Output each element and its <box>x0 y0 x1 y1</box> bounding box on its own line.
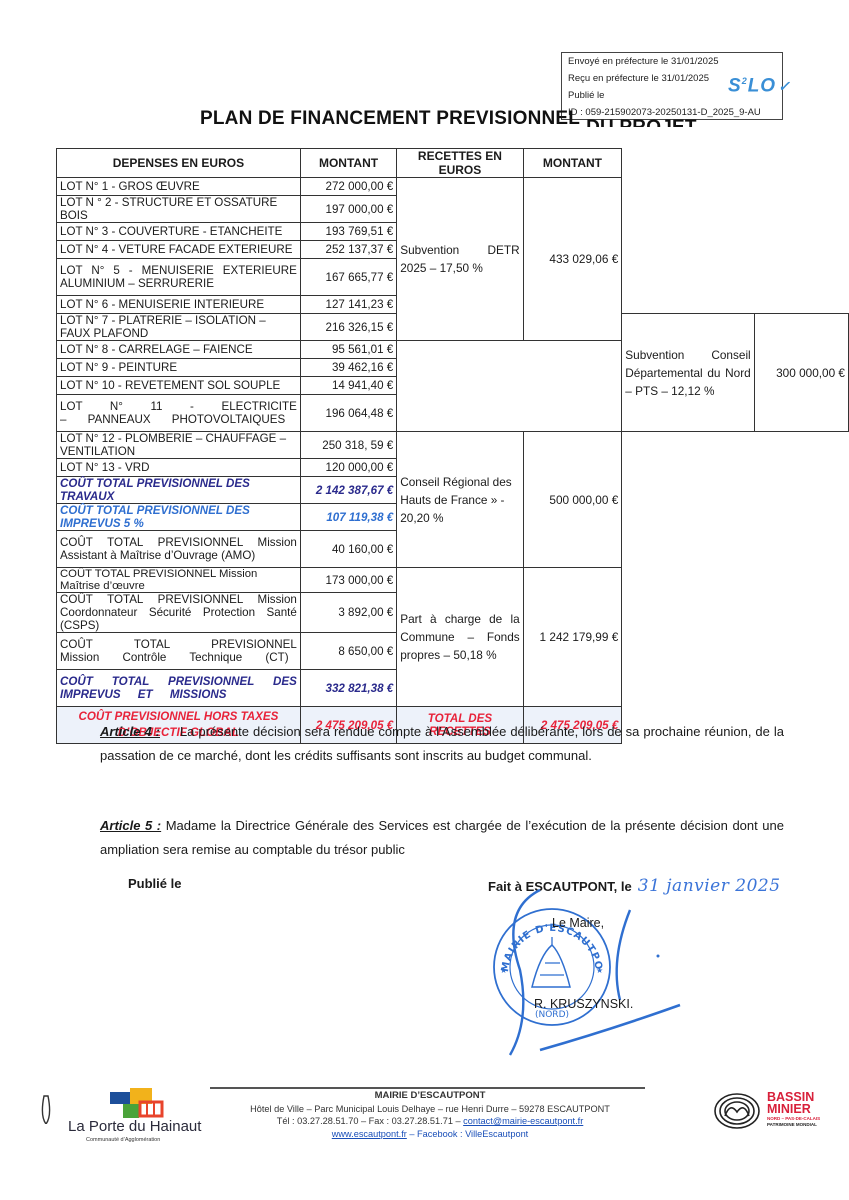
checkmark-icon: ✓ <box>778 78 791 94</box>
expense-label: LOT N° 9 - PEINTURE <box>57 359 301 377</box>
total-works-amount: 2 142 387,67 € <box>300 477 396 504</box>
logo-left-name: La Porte du Hainaut <box>68 1118 201 1135</box>
header-amount: MONTANT <box>300 149 396 178</box>
article-4-text: La présente décision sera rendue compte … <box>100 724 784 763</box>
revenue-label: Subvention Conseil Départemental du Nord… <box>622 314 754 432</box>
revenue-amount: 433 029,06 € <box>523 178 622 341</box>
expense-label: LOT N° 7 - PLATRERIE – ISOLATION – FAUX … <box>57 314 301 341</box>
expense-amount: 196 064,48 € <box>300 395 396 432</box>
title-text: PLAN DE FINANCEMENT PREVISIONNEL <box>200 108 580 129</box>
expense-amount: 3 892,00 € <box>300 593 396 633</box>
la-porte-du-hainaut-logo: La Porte du Hainaut Communauté d’Agglomé… <box>40 1088 215 1148</box>
title-tail: DU PROJET <box>586 117 697 127</box>
table-header: DEPENSES EN EUROS MONTANT RECETTES EN EU… <box>57 149 849 178</box>
footer-contact: Tél : 03.27.28.51.70 – Fax : 03.27.28.51… <box>210 1115 650 1128</box>
expense-label: LOT N° 8 - CARRELAGE – FAIENCE <box>57 341 301 359</box>
expense-label: LOT N° 3 - COUVERTURE - ETANCHEITE <box>57 223 301 241</box>
article-5-label: Article 5 : <box>100 818 161 833</box>
logo-right-sub: NORD – PAS-DE-CALAIS PATRIMOINE MONDIAL <box>767 1116 820 1127</box>
expense-amount: 95 561,01 € <box>300 341 396 359</box>
expense-amount: 120 000,00 € <box>300 459 396 477</box>
mayor-name: R. KRUSZYNSKI. <box>534 997 633 1011</box>
total-works-label: COÛT TOTAL PREVISIONNEL DES TRAVAUX <box>57 477 301 504</box>
expense-amount: 216 326,15 € <box>300 314 396 341</box>
header-amount: MONTANT <box>523 149 622 178</box>
expense-amount: 8 650,00 € <box>300 633 396 670</box>
expense-amount: 250 318, 59 € <box>300 432 396 459</box>
article-4-label: Article 4 : <box>100 724 160 739</box>
logo-left-sub: Communauté d’Agglomération <box>86 1137 160 1143</box>
mayor-role: Le Maire, <box>552 916 604 930</box>
logo-right-text: BASSIN MINIER <box>767 1092 814 1115</box>
article-4: Article 4 : La présente décision sera re… <box>100 720 784 768</box>
revenue-amount: 1 242 179,99 € <box>523 568 622 707</box>
expense-label: LOT N° 12 - PLOMBERIE – CHAUFFAGE – VENT… <box>57 432 301 459</box>
s2lo-logo: S2LO✓ <box>728 73 791 95</box>
table-row: LOT N° 1 - GROS ŒUVRE 272 000,00 € Subve… <box>57 178 849 196</box>
expense-label: LOT N ° 2 - STRUCTURE ET OSSATURE BOIS <box>57 196 301 223</box>
logo-right-sub1: NORD – PAS-DE-CALAIS <box>767 1116 820 1122</box>
expense-label: LOT N° 4 - VETURE FACADE EXTERIEURE <box>57 241 301 259</box>
logo-right-line2: MINIER <box>767 1104 814 1116</box>
expense-amount: 14 941,40 € <box>300 377 396 395</box>
expense-label: LOT N° 11 - ELECTRICITE – PANNEAUX PHOTO… <box>57 395 301 432</box>
expense-label: LOT N° 10 - REVETEMENT SOL SOUPLE <box>57 377 301 395</box>
expense-label: LOT N° 5 - MENUISERIE EXTERIEURE ALUMINI… <box>57 259 301 296</box>
published-label: Publié le <box>128 876 181 891</box>
footer-email-link[interactable]: contact@mairie-escautpont.fr <box>463 1116 583 1126</box>
bassin-minier-logo: BASSIN MINIER NORD – PAS-DE-CALAIS PATRI… <box>712 1090 832 1132</box>
signature-icon <box>480 880 700 1060</box>
expense-amount: 167 665,77 € <box>300 259 396 296</box>
footer-website-link[interactable]: www.escautpont.fr <box>332 1129 407 1139</box>
expense-amount: 127 141,23 € <box>300 296 396 314</box>
expense-amount: 272 000,00 € <box>300 178 396 196</box>
expense-label: COÛT TOTAL PREVISIONNEL Mission Contrôle… <box>57 633 301 670</box>
revenue-label: Part à charge de la Commune – Fonds prop… <box>397 568 523 707</box>
revenue-label: Conseil Régional des Hauts de France » -… <box>397 432 523 568</box>
footer: MAIRIE D’ESCAUTPONT Hôtel de Ville – Par… <box>210 1090 650 1140</box>
expense-amount: 39 462,16 € <box>300 359 396 377</box>
total-contingency-amount: 107 119,38 € <box>300 504 396 531</box>
expense-amount: 40 160,00 € <box>300 531 396 568</box>
expense-label: LOT N° 6 - MENUISERIE INTERIEURE <box>57 296 301 314</box>
header-revenues: RECETTES EN EUROS <box>397 149 523 178</box>
expense-amount: 173 000,00 € <box>300 568 396 593</box>
article-5-text: Madame la Directrice Générale des Servic… <box>100 818 784 857</box>
stamp-sent: Envoyé en préfecture le 31/01/2025 <box>568 53 782 70</box>
expense-label: COÛT TOTAL PREVISIONNEL Mission Coordonn… <box>57 593 301 633</box>
header-expenses: DEPENSES EN EUROS <box>57 149 301 178</box>
expense-label: COÛT TOTAL PREVISIONNEL Mission Assistan… <box>57 531 301 568</box>
expense-label: LOT N° 13 - VRD <box>57 459 301 477</box>
table-row: LOT N° 12 - PLOMBERIE – CHAUFFAGE – VENT… <box>57 432 849 459</box>
bassin-minier-fingerprint-icon <box>712 1090 762 1132</box>
page-title: PLAN DE FINANCEMENT PREVISIONNELDU PROJE… <box>200 108 697 130</box>
article-5: Article 5 : Madame la Directrice Général… <box>100 814 784 862</box>
revenue-label: Subvention DETR 2025 – 17,50 % <box>397 178 523 341</box>
footer-org: MAIRIE D’ESCAUTPONT <box>210 1090 650 1103</box>
footer-phone: Tél : 03.27.28.51.70 – Fax : 03.27.28.51… <box>277 1116 463 1126</box>
expense-label: LOT N° 1 - GROS ŒUVRE <box>57 178 301 196</box>
footer-divider <box>210 1087 645 1089</box>
expense-amount: 252 137,37 € <box>300 241 396 259</box>
total-contingency-label: COÛT TOTAL PREVISIONNEL DES IMPREVUS 5 % <box>57 504 301 531</box>
footer-address: Hôtel de Ville – Parc Municipal Louis De… <box>210 1103 650 1116</box>
expense-label: COÛT TOTAL PREVISIONNEL Mission Maîtrise… <box>57 568 301 593</box>
logo-right-sub2: PATRIMOINE MONDIAL <box>767 1122 820 1128</box>
expense-amount: 197 000,00 € <box>300 196 396 223</box>
revenue-amount: 300 000,00 € <box>754 314 848 432</box>
expense-amount: 193 769,51 € <box>300 223 396 241</box>
footer-web: www.escautpont.fr – Facebook : VilleEsca… <box>210 1128 650 1141</box>
table-row: COÛT TOTAL PREVISIONNEL Mission Maîtrise… <box>57 568 849 593</box>
footer-facebook: – Facebook : VilleEscautpont <box>407 1129 528 1139</box>
revenue-amount: 500 000,00 € <box>523 432 622 568</box>
total-missions-amount: 332 821,38 € <box>300 670 396 707</box>
total-missions-label: COÛT TOTAL PREVISIONNEL DES IMPREVUS ET … <box>57 670 301 707</box>
financing-table: DEPENSES EN EUROS MONTANT RECETTES EN EU… <box>56 148 849 744</box>
